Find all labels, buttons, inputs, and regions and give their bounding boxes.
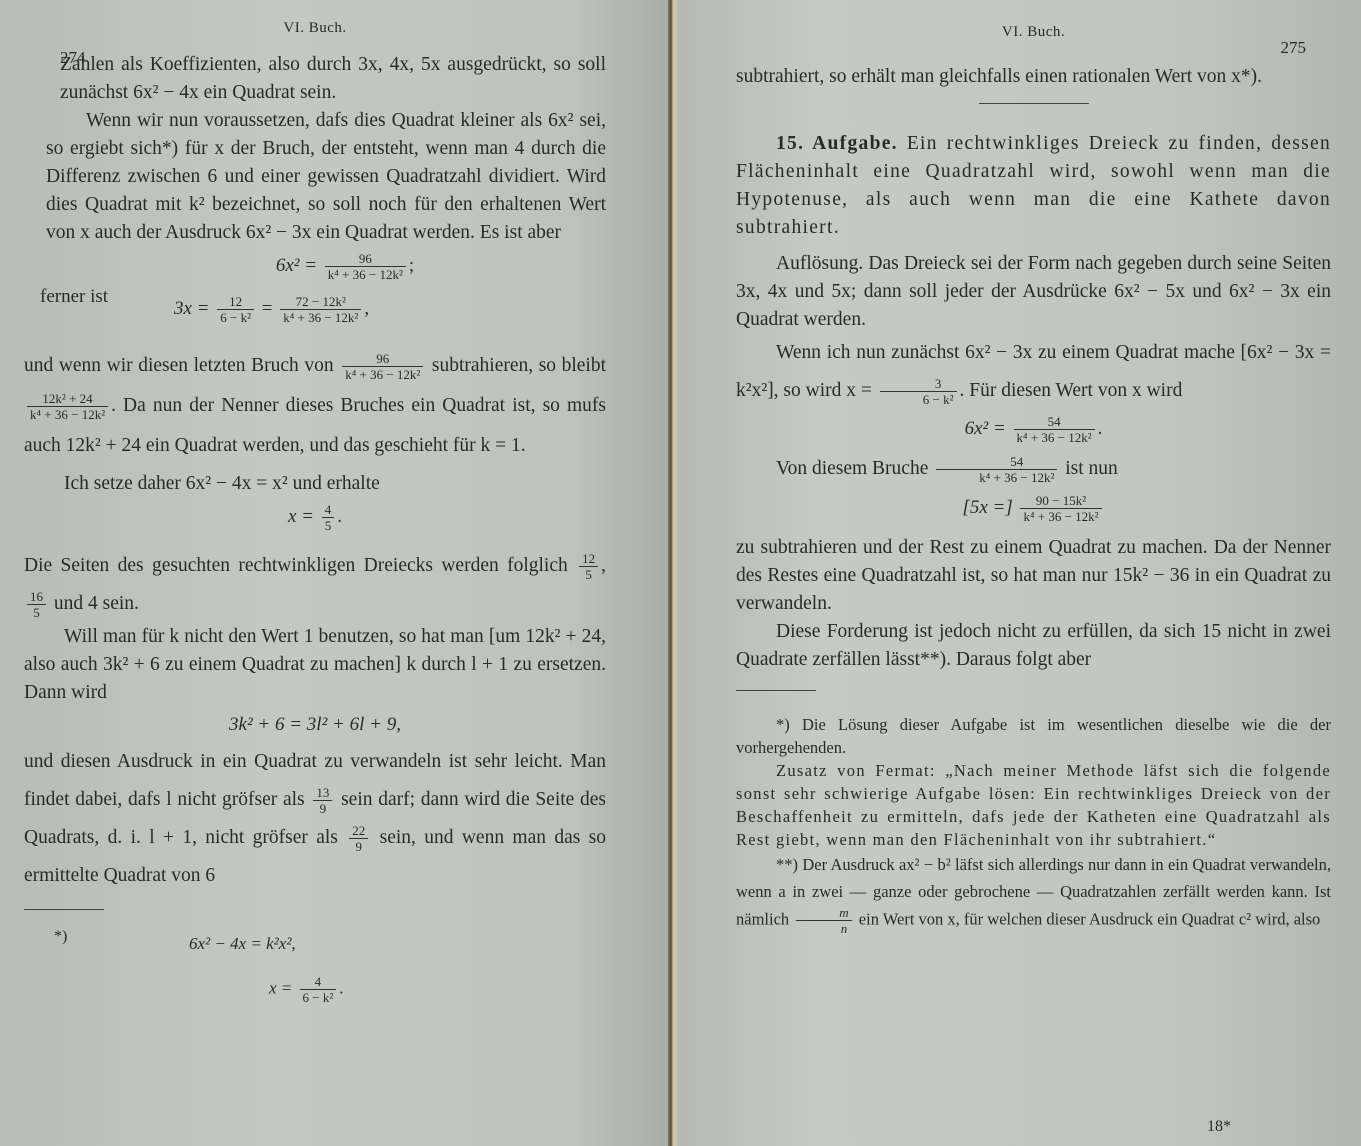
footnote-fermat: Zusatz von Fermat: „Nach meiner Methode …: [736, 759, 1331, 851]
book-gutter: [668, 0, 678, 1146]
paragraph: Diese Forderung ist jedoch nicht zu erfü…: [736, 618, 1331, 674]
paragraph: Von diesem Bruche 54k⁴ + 36 − 12k² ist n…: [736, 449, 1331, 489]
equation-block: ferner ist 3x = 126 − k² = 72 − 12k²k⁴ +…: [24, 286, 606, 338]
running-head-right: VI. Buch.: [736, 24, 1331, 41]
solution-label: Auflösung.: [776, 253, 863, 274]
paragraph: Ich setze daher 6x² − 4x = x² und erhalt…: [24, 470, 606, 498]
section-divider: [979, 103, 1089, 104]
equation: 3k² + 6 = 3l² + 6l + 9,: [24, 713, 606, 737]
page-number-left: 274: [60, 48, 86, 68]
paragraph: Die Seiten des gesuchten rechtwinkligen …: [24, 547, 606, 623]
footnotes: *) Die Lösung dieser Aufgabe ist im wese…: [736, 713, 1331, 936]
fraction: 96k⁴ + 36 − 12k²: [325, 251, 406, 282]
equation: 6x² = 54k⁴ + 36 − 12k².: [736, 414, 1331, 445]
footnote: *) 6x² − 4x = k²x², x = 46 − k².: [24, 924, 606, 1044]
equation: 6x² = 96k⁴ + 36 − 12k²;: [84, 251, 606, 282]
paragraph: zu subtrahieren und der Rest zu einem Qu…: [736, 534, 1331, 618]
equation: x = 45.: [24, 502, 606, 533]
equation: [5x =] 90 − 15k²k⁴ + 36 − 12k²: [736, 493, 1331, 524]
footnote-2: **) Der Ausdruck ax² − b² läfst sich all…: [736, 851, 1331, 936]
task-paragraph: 15. Aufgabe. Ein rechtwinkliges Dreieck …: [736, 130, 1331, 242]
left-page: VI. Buch. 274 Zahlen als Koeffizienten, …: [0, 0, 668, 1146]
page-number-right: 275: [1281, 38, 1307, 58]
book-spread: VI. Buch. 274 Zahlen als Koeffizienten, …: [0, 0, 1361, 1146]
solution-paragraph: Auflösung. Das Dreieck sei der Form nach…: [736, 250, 1331, 334]
running-head-left: VI. Buch.: [24, 20, 606, 37]
paragraph: Wenn wir nun voraussetzen, dafs dies Qua…: [24, 107, 606, 247]
paragraph: subtrahiert, so erhält man gleichfalls e…: [736, 63, 1331, 91]
paragraph: Wenn ich nun zunächst 6x² − 3x zu einem …: [736, 334, 1331, 410]
footnote-divider: [24, 909, 104, 910]
paragraph: und wenn wir diesen letzten Bruch von 96…: [24, 346, 606, 466]
task-label: 15. Aufgabe.: [776, 133, 898, 154]
paragraph: und diesen Ausdruck in ein Quadrat zu ve…: [24, 743, 606, 895]
footnote-1: *) Die Lösung dieser Aufgabe ist im wese…: [736, 713, 1331, 759]
paragraph: Will man für k nicht den Wert 1 benutzen…: [24, 623, 606, 707]
footnote-divider: [736, 690, 816, 691]
paragraph: Zahlen als Koeffizienten, also durch 3x,…: [24, 51, 606, 107]
right-page: VI. Buch. 275 subtrahiert, so erhält man…: [678, 0, 1361, 1146]
signature-mark: 18*: [1207, 1118, 1231, 1136]
